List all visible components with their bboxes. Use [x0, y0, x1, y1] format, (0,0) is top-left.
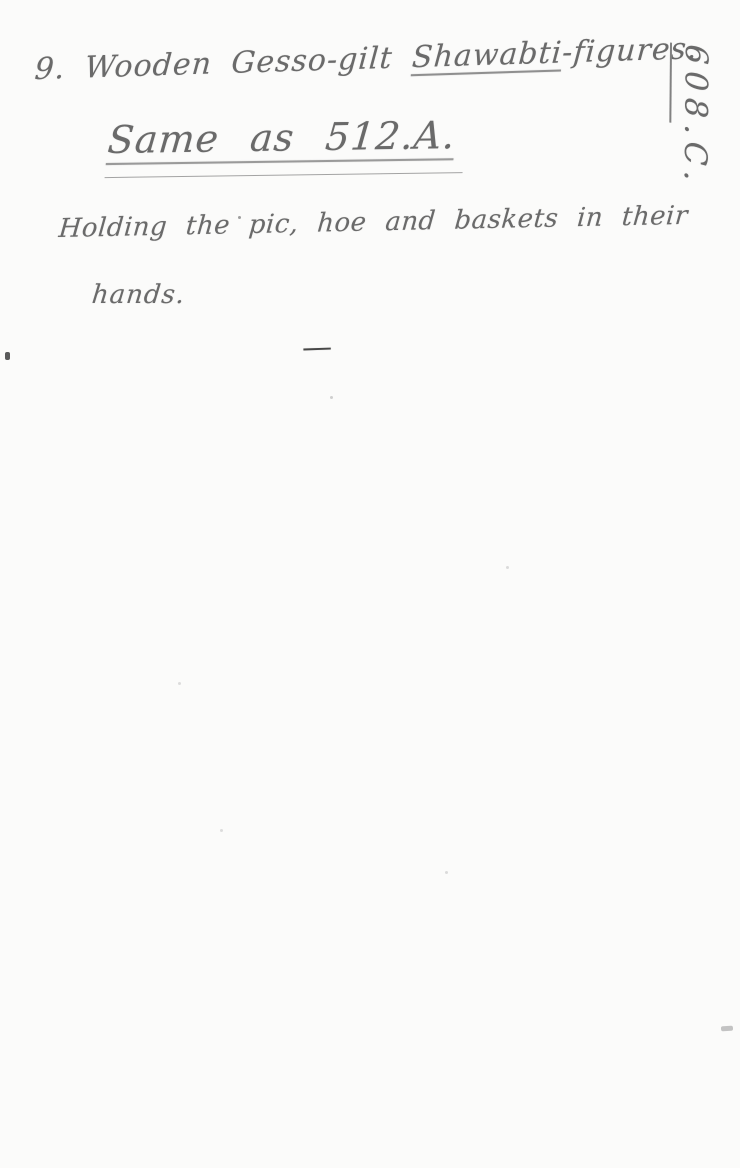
scan-speck	[238, 216, 241, 219]
scan-speck	[178, 682, 181, 685]
scan-speck	[506, 566, 509, 569]
description-line-2: hands.	[90, 280, 186, 310]
description-line-1: Holding the pic, hoe and baskets in thei…	[57, 201, 689, 244]
scan-speck	[330, 396, 333, 399]
same-as-reference-text: Same as 512.A.	[105, 113, 468, 178]
object-title-line: 9. Wooden Gesso-gilt Shawabti-figures.	[33, 31, 698, 87]
catalog-number-main: 608	[669, 43, 714, 127]
scan-speck	[721, 1026, 733, 1032]
underlined-word-shawabti: Shawabti	[411, 35, 564, 75]
scan-speck	[5, 352, 10, 360]
scanned-notebook-page: 9. Wooden Gesso-gilt Shawabti-figures. 6…	[0, 0, 740, 1168]
separator-dash: —	[301, 329, 332, 365]
scan-speck	[445, 871, 448, 874]
line1-prefix-text: 9. Wooden Gesso-gilt	[33, 40, 413, 87]
same-as-reference-line: Same as 512.A.	[106, 113, 468, 162]
catalog-number-suffix: .C.	[677, 123, 714, 189]
scan-speck	[220, 829, 223, 832]
catalog-number-vertical: 608.C.	[677, 43, 714, 189]
